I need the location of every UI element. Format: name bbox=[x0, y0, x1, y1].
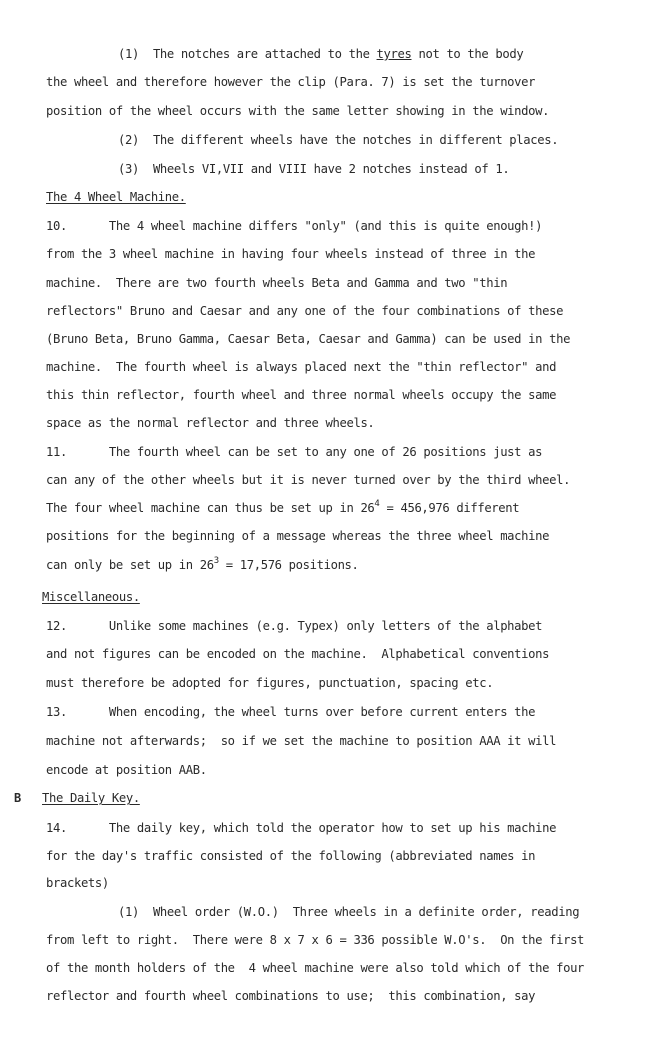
text-line: brackets) bbox=[46, 875, 109, 891]
document-page: (1) The notches are attached to the tyre… bbox=[0, 0, 650, 1042]
text-line: positions for the beginning of a message… bbox=[46, 528, 549, 544]
text-line: from the 3 wheel machine in having four … bbox=[46, 246, 535, 262]
heading-daily-key: The Daily Key. bbox=[42, 790, 140, 806]
text-line: of the month holders of the 4 wheel mach… bbox=[46, 960, 584, 976]
formula-four-wheel: The four wheel machine can thus be set u… bbox=[46, 500, 519, 516]
text-line: (1) Wheel order (W.O.) Three wheels in a… bbox=[118, 904, 579, 920]
text-line: (2) The different wheels have the notche… bbox=[118, 132, 558, 148]
text-line: encode at position AAB. bbox=[46, 762, 207, 778]
text-line: and not figures can be encoded on the ma… bbox=[46, 646, 549, 662]
formula-three-wheel: can only be set up in 263 = 17,576 posit… bbox=[46, 557, 359, 573]
formula-result: = 456,976 different bbox=[380, 501, 520, 515]
text-line: (1) The notches are attached to the tyre… bbox=[118, 46, 523, 62]
text-line: machine. The fourth wheel is always plac… bbox=[46, 359, 556, 375]
text-line: from left to right. There were 8 x 7 x 6… bbox=[46, 932, 584, 948]
heading-miscellaneous: Miscellaneous. bbox=[42, 589, 140, 605]
text-line: 14. The daily key, which told the operat… bbox=[46, 820, 556, 836]
text-line: reflectors" Bruno and Caesar and any one… bbox=[46, 303, 563, 319]
text-line: (Bruno Beta, Bruno Gamma, Caesar Beta, C… bbox=[46, 331, 570, 347]
text-line: machine not afterwards; so if we set the… bbox=[46, 733, 556, 749]
formula-result: = 17,576 positions. bbox=[219, 558, 359, 572]
text-line: 13. When encoding, the wheel turns over … bbox=[46, 704, 535, 720]
text-line: 10. The 4 wheel machine differs "only" (… bbox=[46, 218, 542, 234]
text-line: can any of the other wheels but it is ne… bbox=[46, 472, 570, 488]
text-line: for the day's traffic consisted of the f… bbox=[46, 848, 535, 864]
text-line: 12. Unlike some machines (e.g. Typex) on… bbox=[46, 618, 542, 634]
text-line: (3) Wheels VI,VII and VIII have 2 notche… bbox=[118, 161, 509, 177]
formula-text: The four wheel machine can thus be set u… bbox=[46, 501, 374, 515]
heading-four-wheel-machine: The 4 Wheel Machine. bbox=[46, 189, 186, 205]
text-line: 11. The fourth wheel can be set to any o… bbox=[46, 444, 542, 460]
formula-text: can only be set up in 26 bbox=[46, 558, 214, 572]
text-line: must therefore be adopted for figures, p… bbox=[46, 675, 493, 691]
marginal-letter: B bbox=[14, 791, 21, 805]
text-line: machine. There are two fourth wheels Bet… bbox=[46, 275, 507, 291]
text-line: the wheel and therefore however the clip… bbox=[46, 74, 535, 90]
text-line: reflector and fourth wheel combinations … bbox=[46, 988, 535, 1004]
text-line: this thin reflector, fourth wheel and th… bbox=[46, 387, 556, 403]
text-line: position of the wheel occurs with the sa… bbox=[46, 103, 549, 119]
text-line: space as the normal reflector and three … bbox=[46, 415, 374, 431]
